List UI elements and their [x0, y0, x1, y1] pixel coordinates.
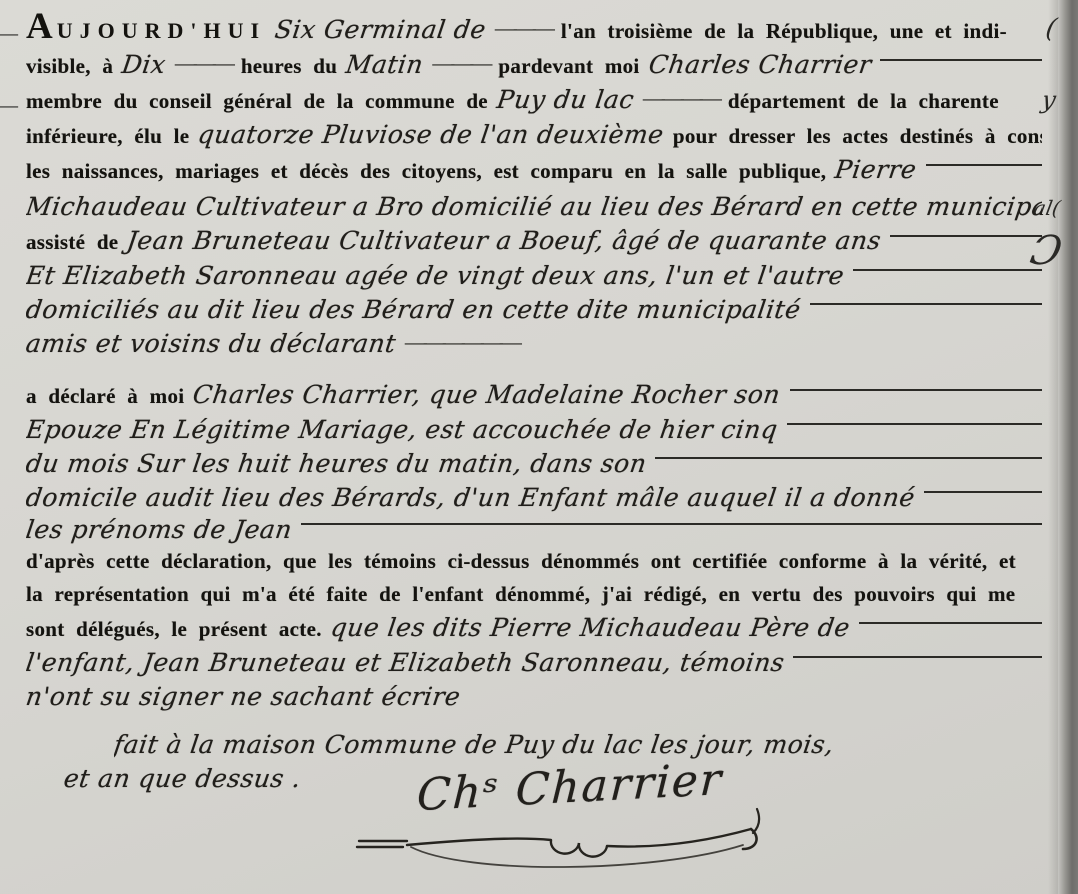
document-line: Epouze En Légitime Mariage, est accouché… — [26, 413, 1042, 447]
document-line: Michaudeau Cultivateur a Bro domicilié a… — [26, 190, 1042, 224]
document-line: inférieure, élu lequatorze Pluviose de l… — [26, 118, 1042, 153]
margin-mark: — — [0, 20, 16, 46]
text-segment-fill: — — [859, 622, 1042, 624]
document-line: AUJOURD'HUISix Germinal de———l'an troisi… — [26, 10, 1042, 48]
text-segment-print: inférieure, élu le — [26, 119, 189, 153]
text-segment-script: Epouze En Légitime Mariage, est accouché… — [26, 413, 780, 447]
text-segment-script: quatorze Pluviose de l'an deuxième — [196, 118, 666, 152]
text-segment-script: Michaudeau Cultivateur a Bro domicilié a… — [26, 190, 1042, 224]
text-segment-print: pour dresser les actes destinés à consta… — [673, 119, 1042, 153]
text-segment-script: domicile audit lieu des Bérards, d'un En… — [26, 481, 917, 515]
text-segment-script: domiciliés au dit lieu des Bérard en cet… — [26, 293, 803, 327]
text-segment-leadcaps: UJOURD'HUI — [57, 14, 266, 48]
text-segment-script: Dix — [120, 48, 168, 82]
text-segment-fill: — — [853, 269, 1042, 271]
text-segment-script: Puy du lac — [495, 83, 637, 117]
text-segment-script: Pierre — [833, 153, 919, 187]
document-line: visible, àDix———heures duMatin———pardeva… — [26, 48, 1042, 83]
document-line: sont délégués, le présent acte.que les d… — [26, 611, 1042, 646]
text-segment-fill: — — [793, 656, 1042, 658]
text-segment-print: département de la charente — [728, 84, 999, 118]
text-segment-filler: ——— — [495, 11, 552, 45]
text-segment-print: visible, à — [26, 49, 113, 83]
document-line: les prénoms de Jean— — [26, 515, 1042, 545]
text-segment-print: d'après cette déclaration, que les témoi… — [26, 545, 1016, 578]
text-segment-script: l'enfant, Jean Bruneteau et Elizabeth Sa… — [26, 646, 787, 680]
document-line: l'enfant, Jean Bruneteau et Elizabeth Sa… — [26, 646, 1042, 680]
document-line: a déclaré à moiCharles Charrier, que Mad… — [26, 378, 1042, 413]
text-segment-print: pardevant moi — [498, 49, 639, 83]
page-edge-shading — [1048, 0, 1058, 894]
document-line: d'après cette déclaration, que les témoi… — [26, 545, 1042, 578]
text-segment-fill: — — [301, 523, 1042, 525]
text-segment-print: assisté de — [26, 225, 118, 259]
text-segment-fill: — — [880, 59, 1042, 61]
text-segment-script: les prénoms de Jean — [26, 515, 294, 545]
text-segment-script: du mois Sur les huit heures du matin, da… — [26, 447, 649, 481]
text-segment-fill: — — [787, 423, 1043, 425]
document-line: la représentation qui m'a été faite de l… — [26, 578, 1042, 611]
text-segment-filler: ——— — [432, 48, 489, 80]
document-line: les naissances, mariages et décès des ci… — [26, 153, 1042, 188]
text-segment-print: heures du — [241, 49, 337, 83]
text-segment-fill: — — [890, 235, 1042, 237]
document-line: domiciliés au dit lieu des Bérard en cet… — [26, 293, 1042, 327]
text-segment-filler: —————— — [405, 327, 519, 359]
text-segment-fill: — — [924, 491, 1042, 493]
text-segment-script: et an que dessus . — [64, 762, 303, 796]
text-segment-fill: — — [790, 389, 1043, 391]
text-segment-script: Six Germinal de — [273, 13, 489, 47]
document-line: du mois Sur les huit heures du matin, da… — [26, 447, 1042, 481]
text-segment-script: Jean Bruneteau Cultivateur a Boeuf, âgé … — [125, 224, 884, 258]
text-segment-fill: — — [655, 457, 1042, 459]
text-segment-print: les naissances, mariages et décès des ci… — [26, 154, 826, 188]
text-segment-print: membre du conseil général de la commune … — [26, 84, 488, 118]
register-page: (yal(Ɔ —— AUJOURD'HUISix Germinal de———l… — [0, 0, 1078, 894]
signature-block: Chˢ Charrier — [340, 762, 800, 879]
document-line: fait à la maison Commune de Puy du lac l… — [114, 728, 1042, 762]
text-segment-fill: — — [810, 303, 1043, 305]
text-segment-script: Matin — [344, 48, 426, 82]
text-segment-filler: ———— — [643, 83, 719, 115]
text-segment-script: Charles Charrier, que Madelaine Rocher s… — [191, 378, 783, 412]
text-segment-print: la représentation qui m'a été faite de l… — [26, 578, 1015, 611]
text-segment-filler: ——— — [175, 48, 232, 80]
text-segment-print: l'an troisième de la République, une et … — [561, 14, 1007, 48]
margin-mark: — — [0, 92, 16, 118]
text-segment-print: sont délégués, le présent acte. — [26, 613, 322, 646]
text-segment-print: a déclaré à moi — [26, 379, 184, 413]
document-line: Et Elizabeth Saronneau agée de vingt deu… — [26, 259, 1042, 293]
document-body: AUJOURD'HUISix Germinal de———l'an troisi… — [26, 10, 1042, 796]
text-segment-script: amis et voisins du déclarant — [26, 327, 398, 361]
text-segment-script: Charles Charrier — [646, 48, 873, 82]
page-edge-shadow — [1058, 0, 1078, 894]
document-line: domicile audit lieu des Bérards, d'un En… — [26, 481, 1042, 515]
document-line: membre du conseil général de la commune … — [26, 83, 1042, 118]
text-segment-dropcap: A — [26, 10, 55, 44]
document-line: assisté deJean Bruneteau Cultivateur a B… — [26, 224, 1042, 259]
document-line: amis et voisins du déclarant—————— — [26, 327, 1042, 362]
text-segment-script: n'ont su signer ne sachant écrire — [26, 680, 463, 714]
text-segment-fill: — — [926, 164, 1042, 166]
text-segment-script: Et Elizabeth Saronneau agée de vingt deu… — [26, 259, 846, 293]
text-segment-script: que les dits Pierre Michaudeau Père de — [328, 611, 852, 644]
document-line: n'ont su signer ne sachant écrire — [26, 680, 1042, 714]
